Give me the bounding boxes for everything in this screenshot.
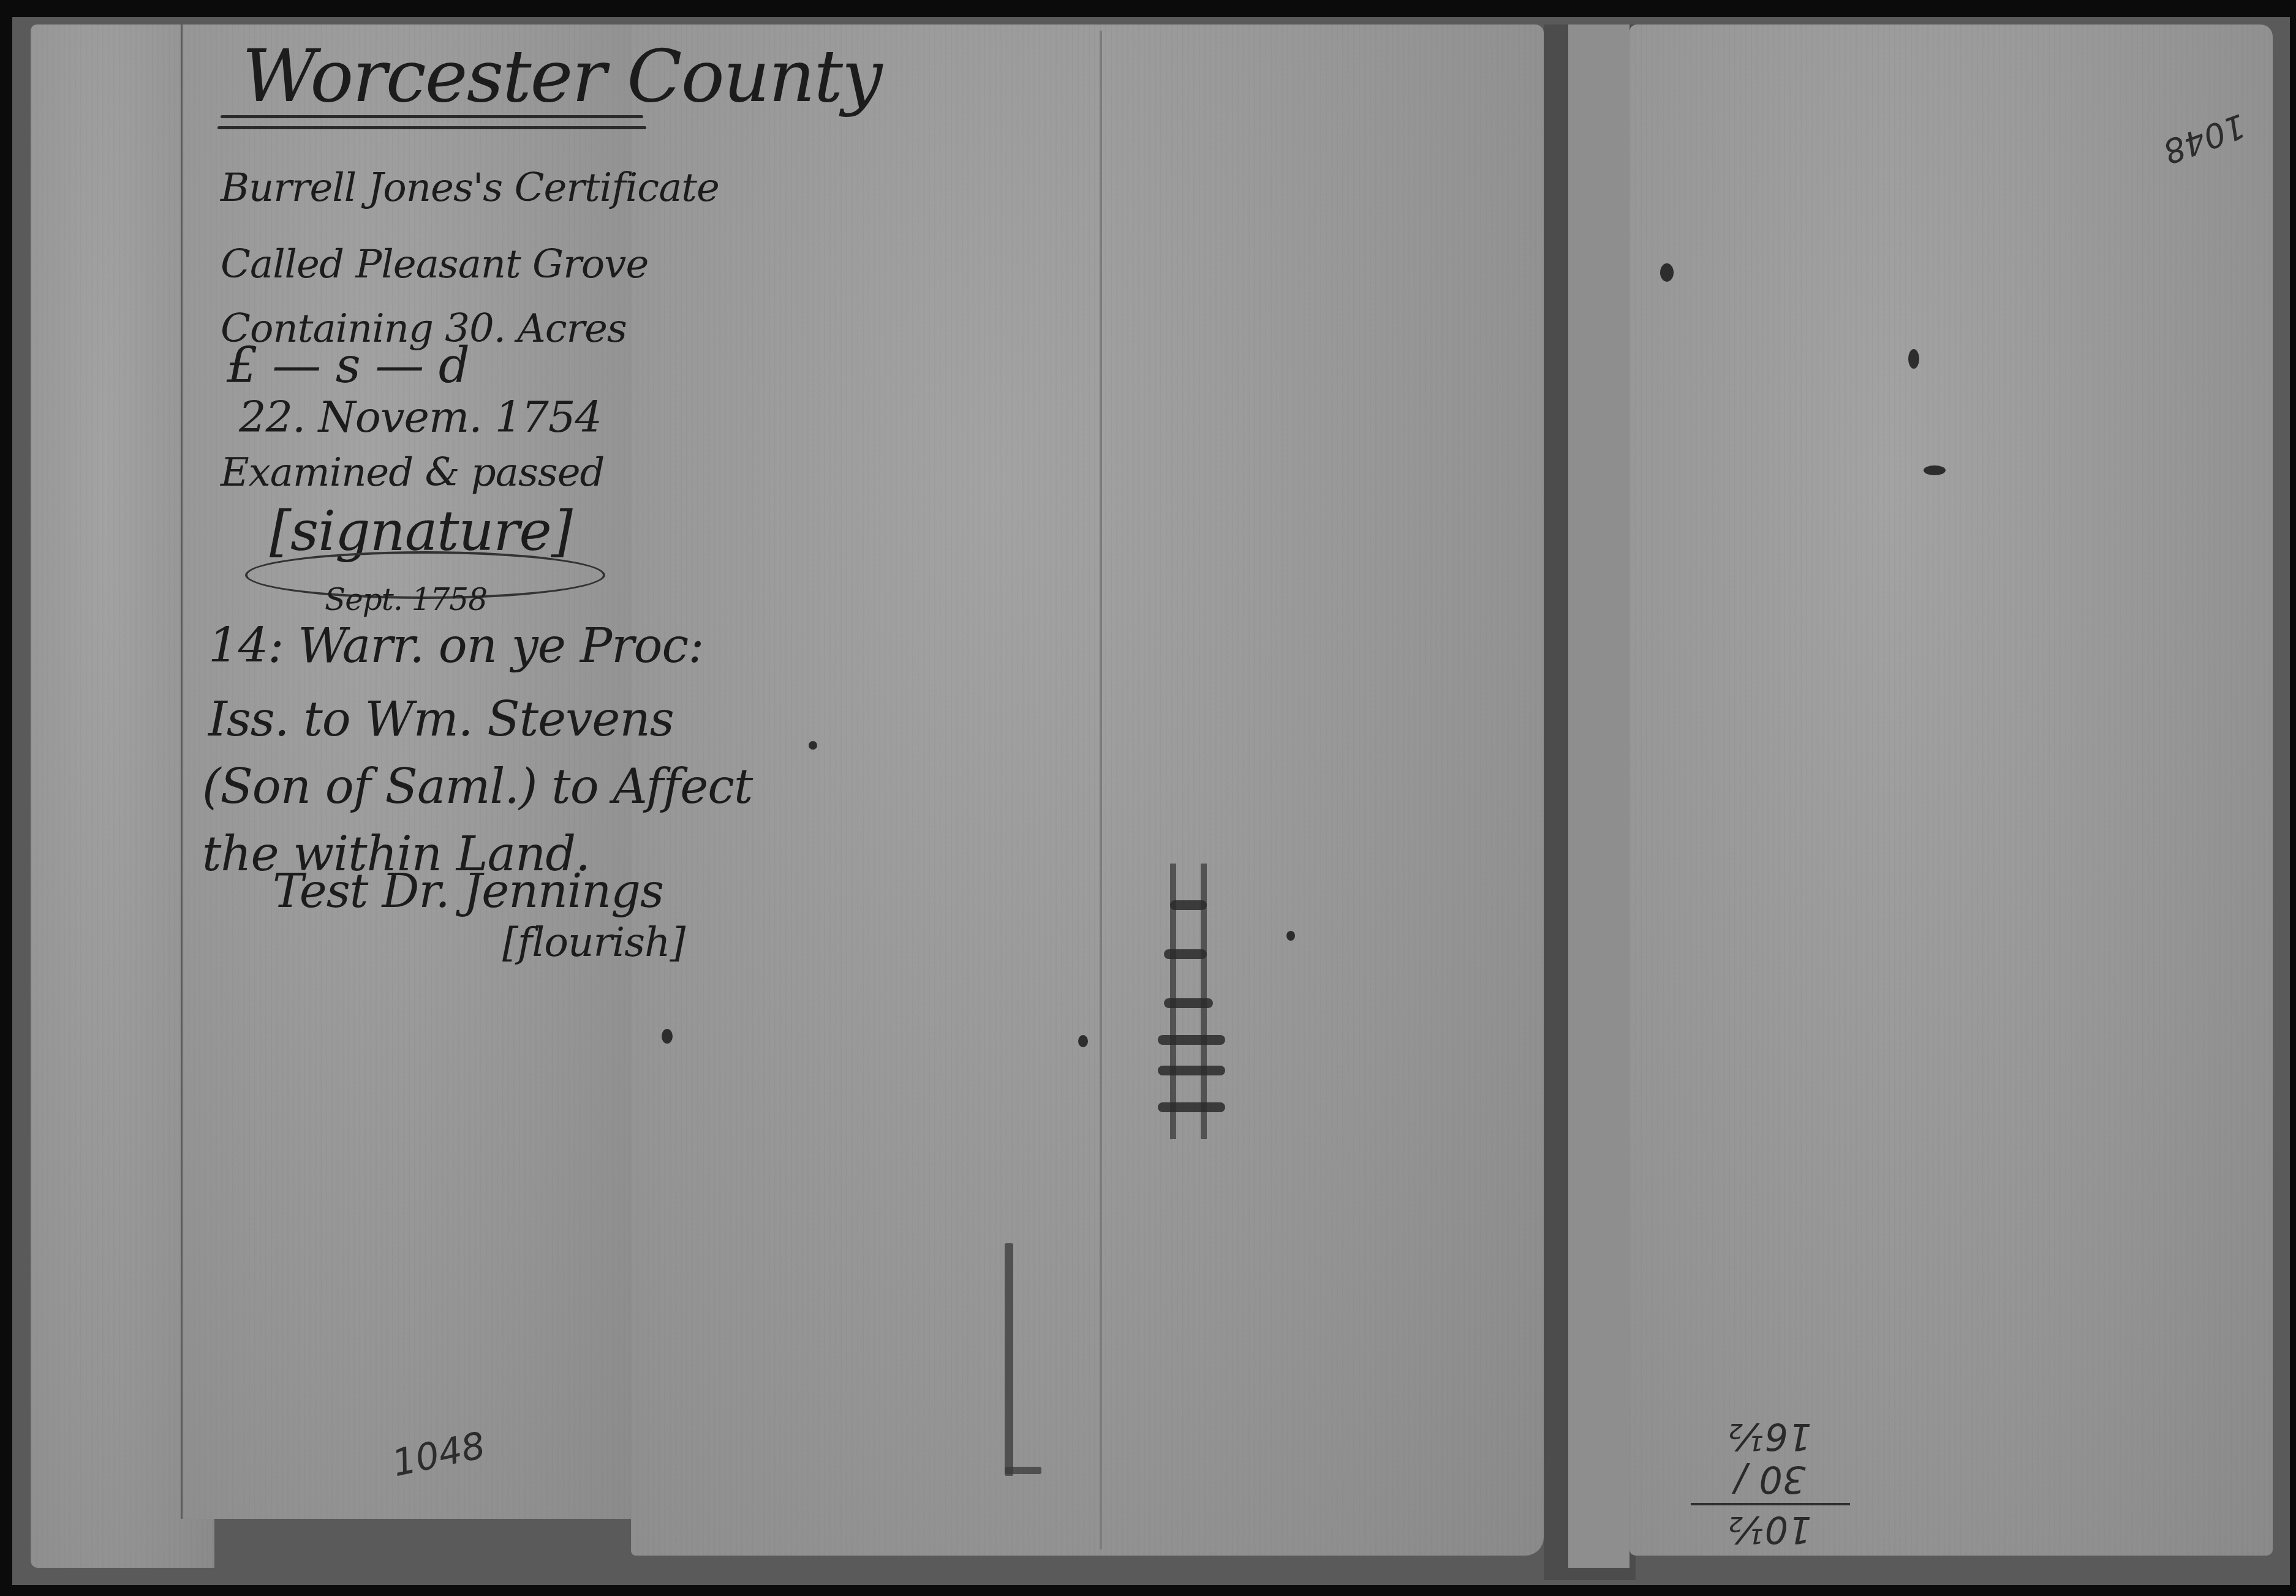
- ink-blot: [1908, 349, 1919, 369]
- docket-line-currency: £ — s — d: [227, 337, 469, 394]
- ink-speck: [662, 1029, 673, 1044]
- ink-speck: [809, 741, 817, 750]
- docket-line-test: Test Dr. Jennings: [273, 864, 663, 918]
- right-sheet-edge: [1568, 24, 1629, 1568]
- docket-line-examined: Examined & passed: [221, 450, 605, 495]
- docket-line-warrant: 14: Warr. on ye Proc:: [208, 619, 704, 674]
- docket-line-date: 22. Novem. 1754: [239, 392, 602, 442]
- docket-title: Worcester County: [242, 34, 882, 118]
- fraction-bar: [1691, 1503, 1850, 1505]
- bleed-through-ladder-mark: [1158, 864, 1225, 1139]
- docket-end-flourish: [flourish]: [502, 919, 685, 966]
- docket-line-son-of: (Son of Saml.) to Affect: [202, 759, 752, 815]
- middle-sheet: [631, 24, 1544, 1556]
- middle-fold-crease: [1100, 31, 1102, 1549]
- docket-line-called: Called Pleasant Grove: [221, 242, 648, 287]
- pencil-fraction-inverted: 10½ 30 / 16½: [1691, 1415, 1850, 1551]
- docket-line-certificate: Burrell Jones's Certificate: [221, 165, 719, 211]
- ink-blot: [1660, 263, 1674, 282]
- ink-blot: [1924, 465, 1946, 475]
- ink-speck: [1078, 1035, 1088, 1047]
- fraction-denominator: 30 / 16½: [1691, 1415, 1850, 1500]
- bleed-through-hook: [1005, 1467, 1041, 1474]
- ink-speck: [1286, 931, 1295, 941]
- title-underline-2: [217, 126, 646, 129]
- fraction-numerator: 10½: [1691, 1508, 1850, 1551]
- bleed-through-vertical-stroke: [1005, 1243, 1013, 1476]
- right-sheet: [1629, 24, 2273, 1556]
- docket-line-sept-date: Sept. 1758: [325, 582, 487, 617]
- docket-line-issued-to: Iss. to Wm. Stevens: [208, 692, 674, 747]
- title-underline-1: [221, 115, 643, 118]
